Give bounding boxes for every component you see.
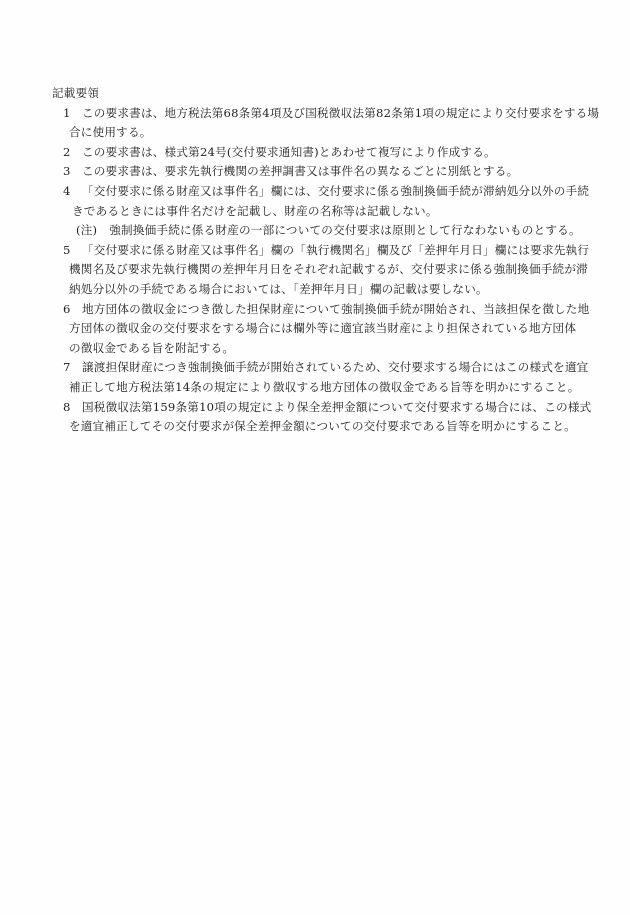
item-line: 「交付要求に係る財産又は事件名」欄の「執行機関名」欄及び「差押年月日」欄には要求… — [82, 241, 592, 261]
instruction-item-1: 1 この要求書は、地方税法第68条第4項及び国税徴収法第82条第1項の規定により… — [52, 104, 592, 143]
item-number: 2 — [63, 143, 77, 163]
instruction-item-4: 4 「交付要求に係る財産又は事件名」欄には、交付要求に係る強制換価手続が滞納処分… — [52, 182, 592, 221]
item-body: この要求書は、地方税法第68条第4項及び国税徴収法第82条第1項の規定により交付… — [82, 104, 592, 143]
item-body: 「交付要求に係る財産又は事件名」欄の「執行機関名」欄及び「差押年月日」欄には要求… — [82, 241, 592, 300]
item-number: 1 — [63, 104, 77, 124]
item-line: 方団体の徴収金の交付要求をする場合には欄外等に適宜該当財産により担保されている地… — [69, 319, 592, 339]
instruction-item-3: 3 この要求書は、要求先執行機関の差押調書又は事件名の異なるごとに別紙とする。 — [52, 162, 592, 182]
instructions-section: 記載要領 1 この要求書は、地方税法第68条第4項及び国税徴収法第82条第1項の… — [52, 84, 592, 437]
item-line: を適宜補正してその交付要求が保全差押金額についての交付要求である旨等を明かにする… — [69, 417, 592, 437]
item-line: 「交付要求に係る財産又は事件名」欄には、交付要求に係る強制換価手続が滞納処分以外… — [82, 182, 592, 202]
instruction-item-8: 8 国税徴収法第159条第10項の規定により保全差押金額について交付要求する場合… — [52, 398, 592, 437]
item-line: 地方団体の徴収金につき徴した担保財産について強制換価手続が開始され、当該担保を徴… — [82, 300, 592, 320]
document-page: 記載要領 1 この要求書は、地方税法第68条第4項及び国税徴収法第82条第1項の… — [0, 0, 630, 915]
item-number: 4 — [63, 182, 77, 202]
item-line: この要求書は、地方税法第68条第4項及び国税徴収法第82条第1項の規定により交付… — [82, 104, 592, 124]
instruction-item-6: 6 地方団体の徴収金につき徴した担保財産について強制換価手続が開始され、当該担保… — [52, 300, 592, 359]
item-line: 譲渡担保財産につき強制換価手続が開始されているため、交付要求する場合にはこの様式… — [82, 358, 592, 378]
instruction-item-7: 7 譲渡担保財産につき強制換価手続が開始されているため、交付要求する場合にはこの… — [52, 358, 592, 397]
item-line: この要求書は、様式第24号(交付要求通知書)とあわせて複写により作成する。 — [82, 143, 592, 163]
item-line: 機関名及び要求先執行機関の差押年月日をそれぞれ記載するが、交付要求に係る強制換価… — [69, 260, 592, 280]
item-body: この要求書は、様式第24号(交付要求通知書)とあわせて複写により作成する。 — [82, 143, 592, 163]
item-body: 譲渡担保財産につき強制換価手続が開始されているため、交付要求する場合にはこの様式… — [82, 358, 592, 397]
item-number: 8 — [63, 398, 77, 418]
note-label: (注) — [76, 221, 97, 241]
instruction-item-2: 2 この要求書は、様式第24号(交付要求通知書)とあわせて複写により作成する。 — [52, 143, 592, 163]
item-body: 地方団体の徴収金につき徴した担保財産について強制換価手続が開始され、当該担保を徴… — [82, 300, 592, 359]
item-line: この要求書は、要求先執行機関の差押調書又は事件名の異なるごとに別紙とする。 — [82, 162, 592, 182]
item-number: 3 — [63, 162, 77, 182]
item-number: 6 — [63, 300, 77, 320]
item-line: きであるときには事件名だけを記載し、財産の名称等は記載しない。 — [72, 202, 592, 222]
item-line: 国税徴収法第159条第10項の規定により保全差押金額について交付要求する場合には… — [82, 398, 592, 418]
item-number: 5 — [63, 241, 77, 261]
instruction-item-5: 5 「交付要求に係る財産又は事件名」欄の「執行機関名」欄及び「差押年月日」欄には… — [52, 241, 592, 300]
item-body: 国税徴収法第159条第10項の規定により保全差押金額について交付要求する場合には… — [82, 398, 592, 437]
item-line: 補正して地方税法第14条の規定により徴収する地方団体の徴収金である旨等を明かにす… — [69, 378, 592, 398]
item-line: 合に使用する。 — [69, 123, 592, 143]
item-body: この要求書は、要求先執行機関の差押調書又は事件名の異なるごとに別紙とする。 — [82, 162, 592, 182]
item-line: 納処分以外の手続である場合においては、「差押年月日」欄の記載は要しない。 — [69, 280, 592, 300]
item-number: 7 — [63, 358, 77, 378]
note-text: 強制換価手続に係る財産の一部についての交付要求は原則として行なわないものとする。 — [109, 223, 581, 237]
item-line: の徴収金である旨を附記する。 — [69, 339, 592, 359]
item-body: 「交付要求に係る財産又は事件名」欄には、交付要求に係る強制換価手続が滞納処分以外… — [82, 182, 592, 221]
section-title: 記載要領 — [52, 84, 592, 104]
instruction-note: (注)強制換価手続に係る財産の一部についての交付要求は原則として行なわないものと… — [52, 221, 592, 241]
